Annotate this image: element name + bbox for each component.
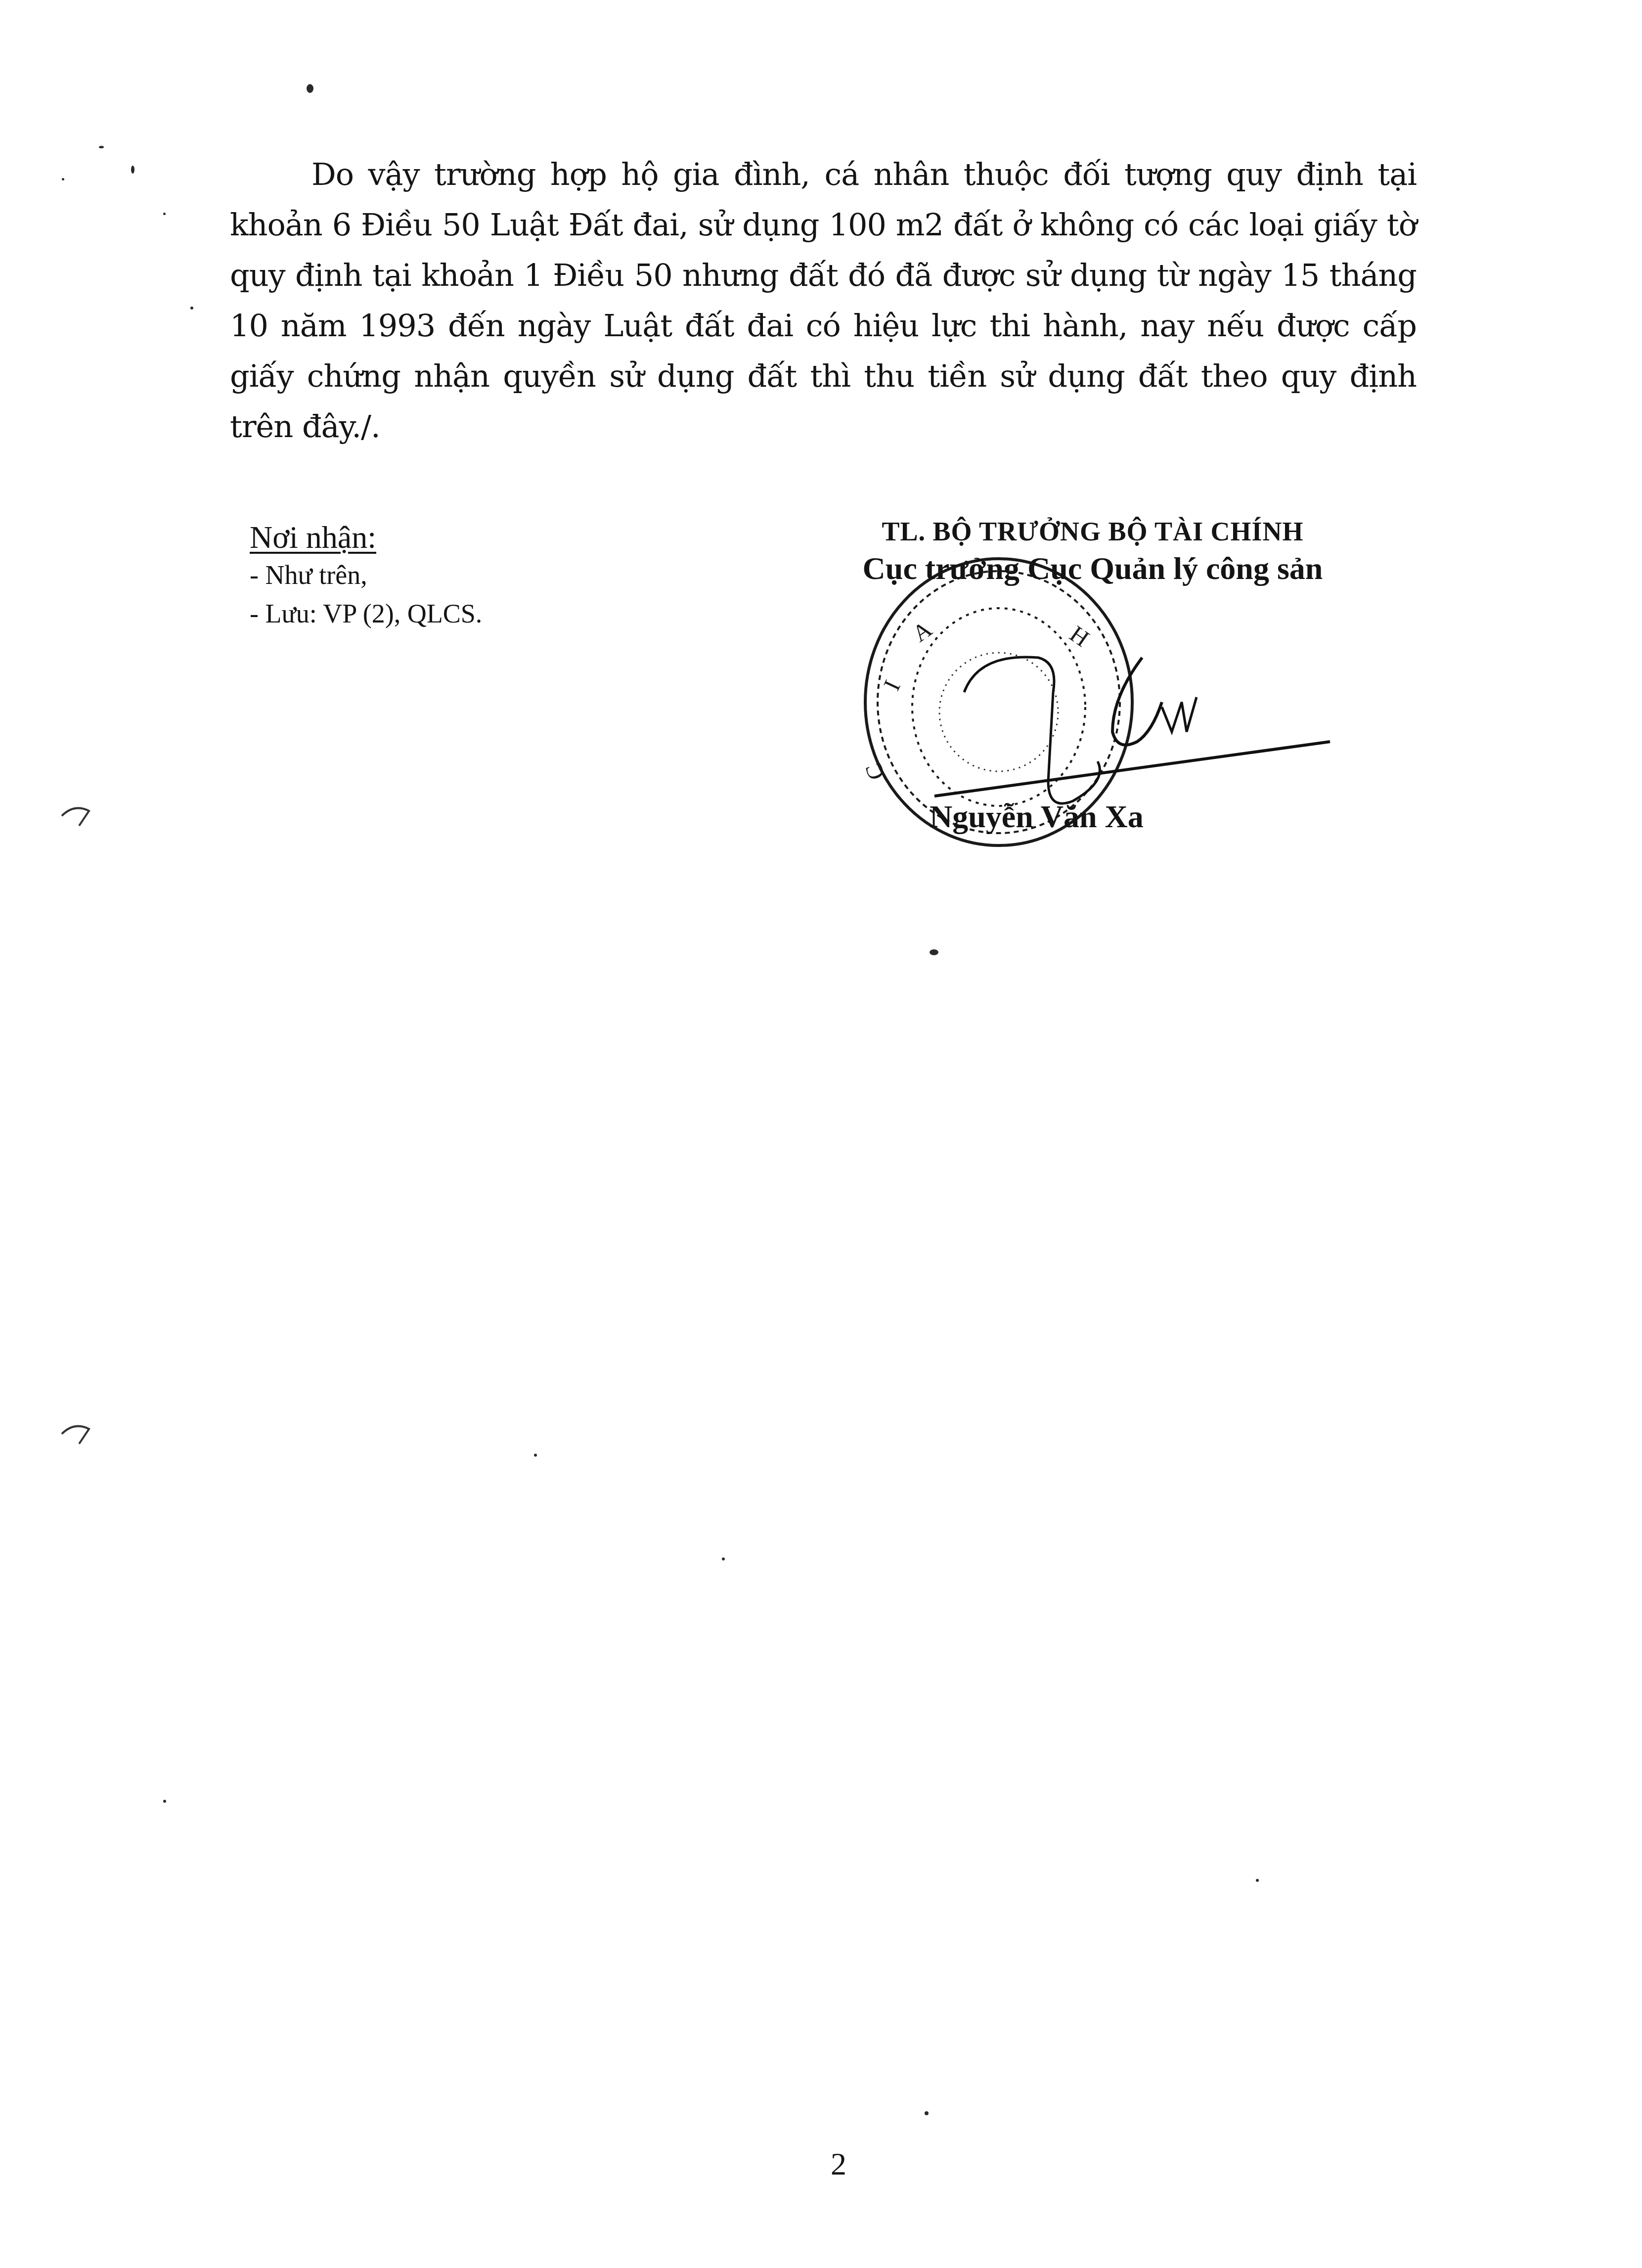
scan-mark-icon — [59, 1419, 99, 1449]
signature-position: Cục trưởng Cục Quản lý công sản — [801, 549, 1384, 588]
scan-speck — [190, 307, 193, 310]
scan-mark-icon — [59, 801, 99, 831]
scan-speck — [163, 213, 166, 215]
recipient-item: - Lưu: VP (2), QLCS. — [250, 594, 482, 633]
signature-title: TL. BỘ TRƯỞNG BỘ TÀI CHÍNH — [801, 514, 1384, 549]
handwritten-signature-icon — [905, 628, 1350, 806]
scan-speck — [62, 178, 64, 180]
scan-speck — [534, 1454, 537, 1457]
scan-speck — [307, 84, 313, 93]
scan-speck — [99, 146, 104, 148]
body-paragraph: Do vậy trường hợp hộ gia đình, cá nhân t… — [230, 149, 1417, 452]
scan-speck — [131, 166, 134, 174]
page-number: 2 — [831, 2146, 846, 2182]
scan-speck — [1256, 1879, 1259, 1882]
scan-speck — [930, 949, 938, 955]
document-page: Do vậy trường hợp hộ gia đình, cá nhân t… — [0, 0, 1642, 2268]
recipient-item: - Như trên, — [250, 556, 482, 594]
svg-text:I: I — [879, 676, 906, 695]
scan-speck — [722, 1557, 725, 1560]
recipients-heading: Nơi nhận: — [250, 519, 482, 556]
signer-name: Nguyễn Văn Xa — [930, 799, 1144, 835]
scan-speck — [925, 2111, 929, 2115]
scan-speck — [163, 1800, 166, 1803]
signature-block: TL. BỘ TRƯỞNG BỘ TÀI CHÍNH Cục trưởng Cụ… — [801, 514, 1384, 588]
recipients-block: Nơi nhận: - Như trên, - Lưu: VP (2), QLC… — [250, 519, 482, 633]
